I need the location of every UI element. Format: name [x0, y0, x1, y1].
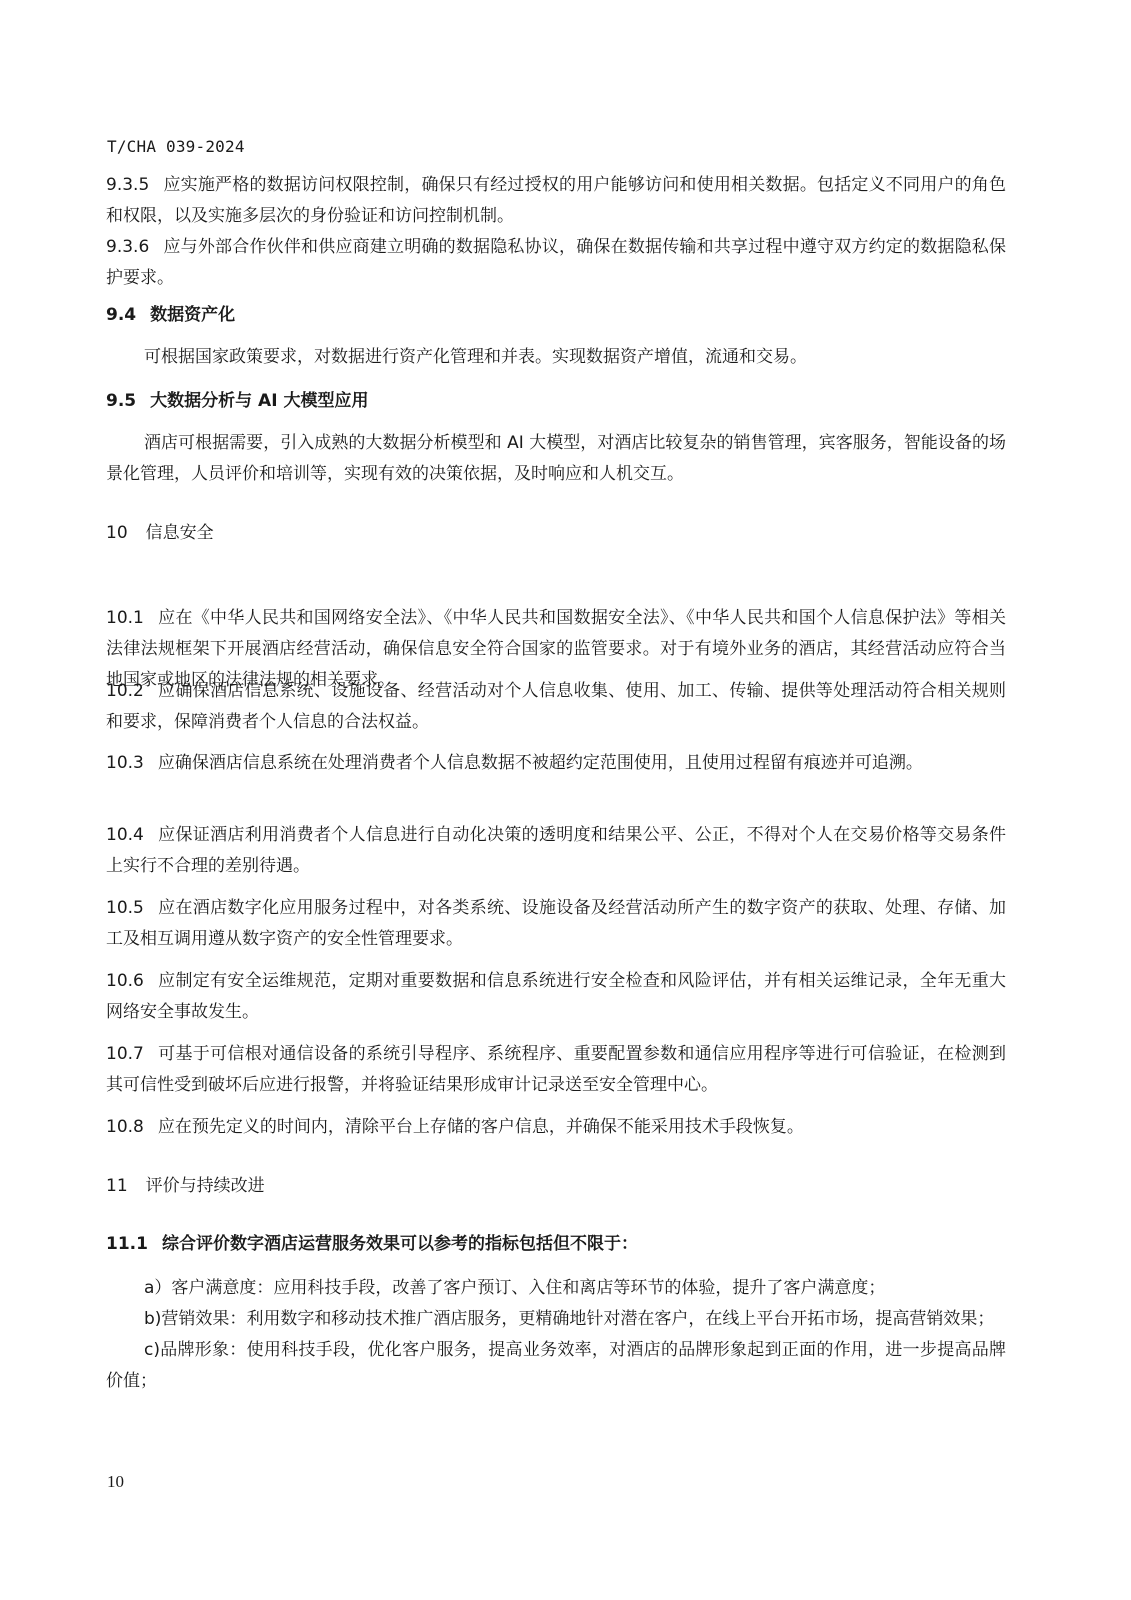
heading-number: 11 — [106, 1171, 128, 1202]
clause-text: 应确保酒店信息系统、设施设备、经营活动对个人信息收集、使用、加工、传输、提供等处… — [106, 681, 1006, 732]
clause-number: 11.1 — [106, 1229, 148, 1260]
heading-number: 9.5 — [106, 386, 136, 417]
clause-10-3: 10.3应确保酒店信息系统在处理消费者个人信息数据不被超约定范围使用，且使用过程… — [106, 748, 1006, 779]
heading-9-5: 9.5大数据分析与 AI 大模型应用 — [106, 386, 1006, 417]
heading-title: 评价与持续改进 — [146, 1176, 265, 1196]
item-label: a）客户满意度： — [144, 1278, 273, 1298]
clause-10-7: 10.7可基于可信根对通信设备的系统引导程序、系统程序、重要配置参数和通信应用程… — [106, 1039, 1006, 1101]
indicator-list: a）客户满意度：应用科技手段，改善了客户预订、入住和离店等环节的体验，提升了客户… — [106, 1273, 1006, 1397]
clause-text: 可基于可信根对通信设备的系统引导程序、系统程序、重要配置参数和通信应用程序等进行… — [106, 1044, 1006, 1095]
clause-text: 综合评价数字酒店运营服务效果可以参考的指标包括但不限于： — [162, 1234, 638, 1254]
clause-10-5: 10.5应在酒店数字化应用服务过程中，对各类系统、设施设备及经营活动所产生的数字… — [106, 893, 1006, 955]
paragraph-9-4: 可根据国家政策要求，对数据进行资产化管理和并表。实现数据资产增值，流通和交易。 — [106, 342, 1006, 373]
heading-10: 10信息安全 — [106, 518, 1006, 549]
clause-10-4: 10.4应保证酒店利用消费者个人信息进行自动化决策的透明度和结果公平、公正，不得… — [106, 820, 1006, 882]
clause-10-8: 10.8应在预先定义的时间内，清除平台上存储的客户信息，并确保不能采用技术手段恢… — [106, 1112, 1006, 1143]
item-text: 应用科技手段，改善了客户预订、入住和离店等环节的体验，提升了客户满意度； — [273, 1278, 885, 1298]
clause-9-3-5: 9.3.5应实施严格的数据访问权限控制，确保只有经过授权的用户能够访问和使用相关… — [106, 170, 1006, 232]
heading-title: 数据资产化 — [150, 305, 235, 325]
clause-9-3-6: 9.3.6应与外部合作伙伴和供应商建立明确的数据隐私协议，确保在数据传输和共享过… — [106, 232, 1006, 294]
paragraph-9-5: 酒店可根据需要，引入成熟的大数据分析模型和 AI 大模型，对酒店比较复杂的销售管… — [106, 428, 1006, 490]
item-text: 利用数字和移动技术推广酒店服务，更精确地针对潜在客户，在线上平台开拓市场，提高营… — [246, 1309, 994, 1329]
list-item-marketing-effect: b)营销效果：利用数字和移动技术推广酒店服务，更精确地针对潜在客户，在线上平台开… — [106, 1304, 1006, 1335]
page-number: 10 — [107, 1472, 124, 1492]
document-code: T/CHA 039-2024 — [107, 137, 245, 156]
clause-text: 应制定有安全运维规范，定期对重要数据和信息系统进行安全检查和风险评估，并有相关运… — [106, 971, 1006, 1022]
clause-text: 应确保酒店信息系统在处理消费者个人信息数据不被超约定范围使用，且使用过程留有痕迹… — [158, 753, 923, 773]
item-label: c)品牌形象： — [144, 1340, 247, 1360]
clause-number: 10.7 — [106, 1039, 144, 1070]
heading-title: 大数据分析与 AI 大模型应用 — [150, 391, 368, 411]
clause-number: 9.3.6 — [106, 232, 149, 263]
document-page: T/CHA 039-2024 9.3.5应实施严格的数据访问权限控制，确保只有经… — [0, 0, 1131, 1600]
clause-text: 应与外部合作伙伴和供应商建立明确的数据隐私协议，确保在数据传输和共享过程中遵守双… — [106, 237, 1006, 288]
clause-number: 10.5 — [106, 893, 144, 924]
clause-number: 10.6 — [106, 966, 144, 997]
clause-number: 9.3.5 — [106, 170, 149, 201]
clause-text: 应实施严格的数据访问权限控制，确保只有经过授权的用户能够访问和使用相关数据。包括… — [106, 175, 1006, 226]
clause-number: 10.2 — [106, 676, 144, 707]
clause-10-6: 10.6应制定有安全运维规范，定期对重要数据和信息系统进行安全检查和风险评估，并… — [106, 966, 1006, 1028]
heading-11: 11评价与持续改进 — [106, 1171, 1006, 1202]
clause-number: 10.3 — [106, 748, 144, 779]
heading-number: 10 — [106, 518, 128, 549]
clause-text: 应在预先定义的时间内，清除平台上存储的客户信息，并确保不能采用技术手段恢复。 — [158, 1117, 804, 1137]
clause-11-1: 11.1综合评价数字酒店运营服务效果可以参考的指标包括但不限于： — [106, 1229, 1006, 1260]
heading-number: 9.4 — [106, 300, 136, 331]
list-item-brand-image: c)品牌形象：使用科技手段，优化客户服务，提高业务效率，对酒店的品牌形象起到正面… — [106, 1335, 1006, 1397]
item-label: b)营销效果： — [144, 1309, 246, 1329]
list-item-customer-satisfaction: a）客户满意度：应用科技手段，改善了客户预订、入住和离店等环节的体验，提升了客户… — [106, 1273, 1006, 1304]
clause-text: 应在酒店数字化应用服务过程中，对各类系统、设施设备及经营活动所产生的数字资产的获… — [106, 898, 1006, 949]
clause-number: 10.1 — [106, 603, 144, 634]
heading-9-4: 9.4数据资产化 — [106, 300, 1006, 331]
clause-number: 10.4 — [106, 820, 144, 851]
clause-10-2: 10.2应确保酒店信息系统、设施设备、经营活动对个人信息收集、使用、加工、传输、… — [106, 676, 1006, 738]
heading-title: 信息安全 — [146, 523, 214, 543]
clause-text: 应保证酒店利用消费者个人信息进行自动化决策的透明度和结果公平、公正，不得对个人在… — [106, 825, 1006, 876]
clause-number: 10.8 — [106, 1112, 144, 1143]
